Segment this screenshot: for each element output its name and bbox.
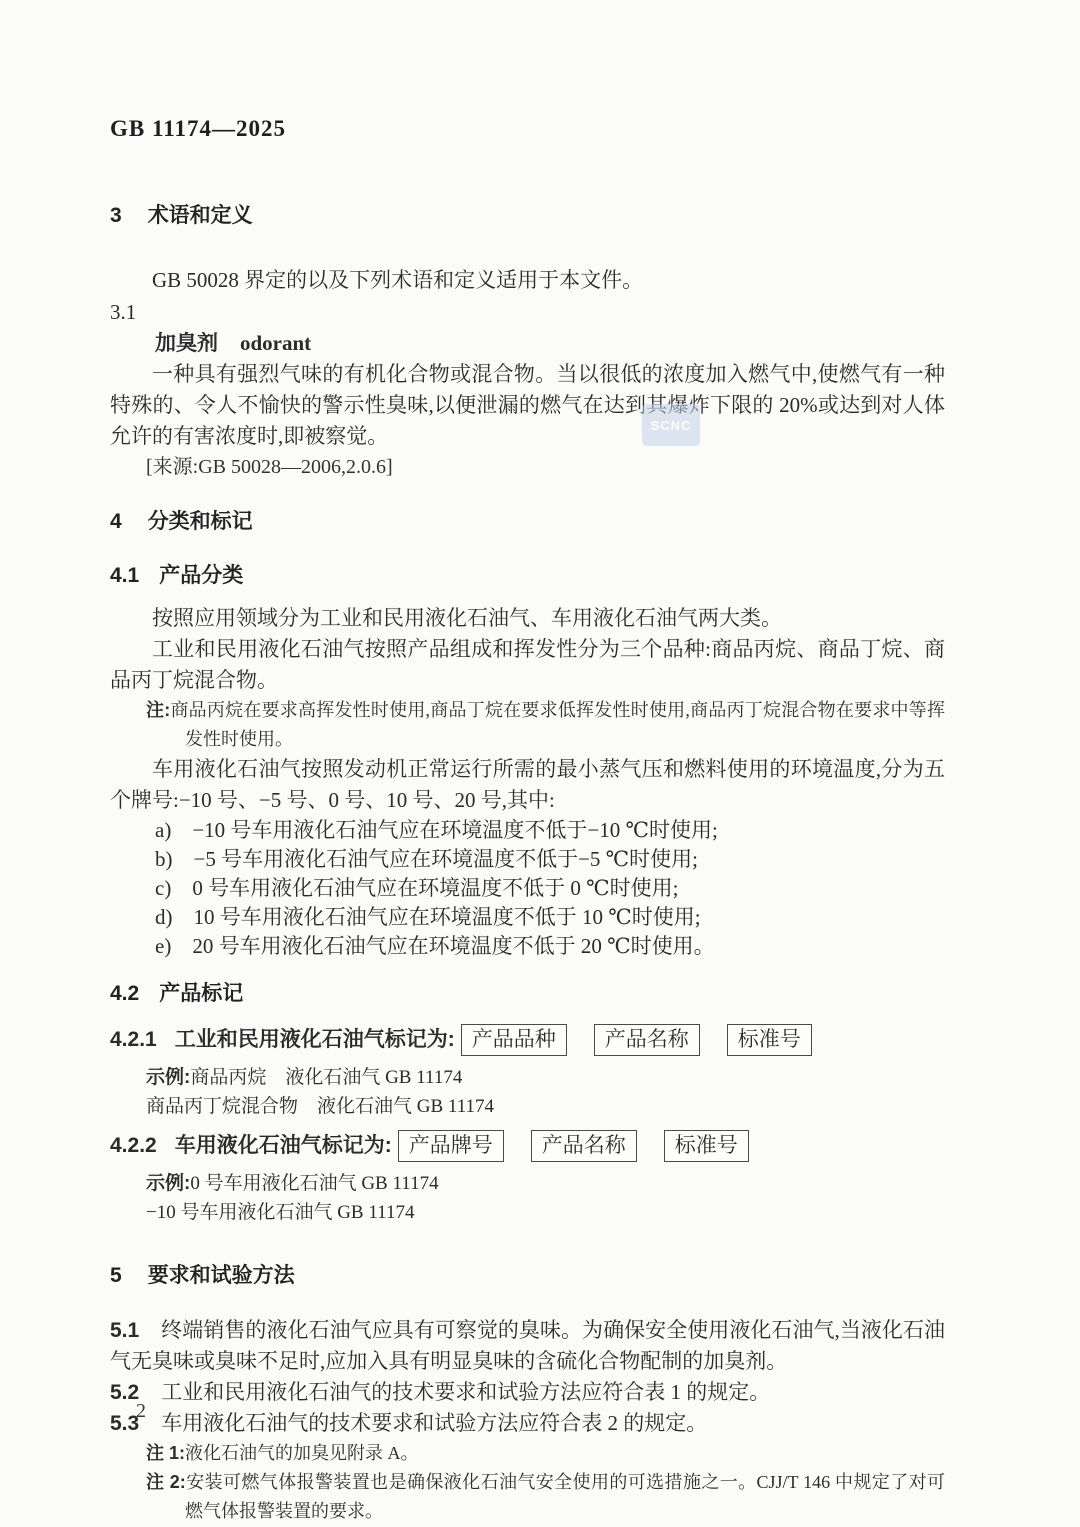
list-item-text: −10 号车用液化石油气应在环境温度不低于−10 ℃时使用; bbox=[192, 818, 718, 842]
example-text: 商品丙烷 液化石油气 GB 11174 bbox=[190, 1067, 462, 1088]
section-5-2-text: 工业和民用液化石油气的技术要求和试验方法应符合表 1 的规定。 bbox=[161, 1380, 770, 1404]
section-5-3-number: 5.3 bbox=[110, 1412, 139, 1435]
section-4-2-1-line: 4.2.1 工业和民用液化石油气标记为: 产品品种 产品名称 标准号 bbox=[110, 1023, 945, 1057]
marking-box-product-grade: 产品牌号 bbox=[398, 1130, 504, 1162]
example-line: 示例:商品丙烷 液化石油气 GB 11174 bbox=[110, 1063, 945, 1092]
section-4-1-para-1: 按照应用领域分为工业和民用液化石油气、车用液化石油气两大类。 bbox=[110, 603, 945, 634]
section-4-1-para-2: 工业和民用液化石油气按照产品组成和挥发性分为三个品种:商品丙烷、商品丁烷、商品丙… bbox=[110, 634, 945, 696]
list-item-text: 20 号车用液化石油气应在环境温度不低于 20 ℃时使用。 bbox=[192, 934, 714, 958]
document-page: GB 11174—2025 3术语和定义 GB 50028 界定的以及下列术语和… bbox=[0, 0, 1080, 1527]
section-4-1-para-3: 车用液化石油气按照发动机正常运行所需的最小蒸气压和燃料使用的环境温度,分为五个牌… bbox=[110, 754, 945, 816]
section-3-title: 术语和定义 bbox=[148, 204, 253, 227]
marking-box-standard-number: 标准号 bbox=[727, 1024, 812, 1056]
list-item: e)20 号车用液化石油气应在环境温度不低于 20 ℃时使用。 bbox=[110, 932, 945, 961]
list-item-label: d) bbox=[155, 905, 173, 929]
section-4-2-1-text: 工业和民用液化石油气标记为: bbox=[175, 1023, 455, 1057]
section-3-intro: GB 50028 界定的以及下列术语和定义适用于本文件。 bbox=[110, 265, 945, 296]
list-item: b)−5 号车用液化石油气应在环境温度不低于−5 ℃时使用; bbox=[110, 845, 945, 874]
section-5-heading: 5要求和试验方法 bbox=[110, 1259, 945, 1289]
marking-box-product-name: 产品名称 bbox=[531, 1130, 637, 1162]
watermark-badge: SCNC bbox=[642, 404, 700, 446]
list-item-label: e) bbox=[155, 934, 171, 958]
section-4-1-title: 产品分类 bbox=[159, 564, 243, 587]
note-text: 商品丙烷在要求高挥发性时使用,商品丁烷在要求低挥发性时使用,商品丙丁烷混合物在要… bbox=[170, 700, 945, 749]
section-4-1-number: 4.1 bbox=[110, 564, 139, 587]
section-4-2-2-text: 车用液化石油气标记为: bbox=[175, 1129, 392, 1163]
term-number: 3.1 bbox=[110, 297, 945, 328]
section-5-2-number: 5.2 bbox=[110, 1381, 139, 1404]
section-4-number: 4 bbox=[110, 510, 122, 533]
list-item-text: 0 号车用液化石油气应在环境温度不低于 0 ℃时使用; bbox=[192, 876, 678, 900]
term-zh: 加臭剂 bbox=[155, 332, 218, 355]
section-4-1-note: 注:商品丙烷在要求高挥发性时使用,商品丁烷在要求低挥发性时使用,商品丙丁烷混合物… bbox=[110, 696, 945, 754]
section-5-2-para: 5.2工业和民用液化石油气的技术要求和试验方法应符合表 1 的规定。 bbox=[110, 1377, 945, 1408]
note-text: 安装可燃气体报警装置也是确保液化石油气安全使用的可选措施之一。CJJ/T 146… bbox=[185, 1472, 945, 1521]
section-5-number: 5 bbox=[110, 1264, 122, 1287]
term-definition: 一种具有强烈气味的有机化合物或混合物。当以很低的浓度加入燃气中,使燃气有一种特殊… bbox=[110, 359, 945, 452]
section-4-title: 分类和标记 bbox=[148, 510, 253, 533]
marking-box-product-variety: 产品品种 bbox=[461, 1024, 567, 1056]
example-line: −10 号车用液化石油气 GB 11174 bbox=[110, 1198, 945, 1227]
section-4-1-heading: 4.1产品分类 bbox=[110, 559, 945, 589]
example-line: 示例:0 号车用液化石油气 GB 11174 bbox=[110, 1169, 945, 1198]
section-4-2-heading: 4.2产品标记 bbox=[110, 977, 945, 1007]
example-text: 0 号车用液化石油气 GB 11174 bbox=[190, 1173, 438, 1194]
list-item-label: b) bbox=[155, 847, 173, 871]
section-4-heading: 4分类和标记 bbox=[110, 505, 945, 535]
section-5-3-text: 车用液化石油气的技术要求和试验方法应符合表 2 的规定。 bbox=[161, 1411, 707, 1435]
marking-box-standard-number: 标准号 bbox=[664, 1130, 749, 1162]
section-4-2-2-line: 4.2.2 车用液化石油气标记为: 产品牌号 产品名称 标准号 bbox=[110, 1129, 945, 1163]
list-item: a)−10 号车用液化石油气应在环境温度不低于−10 ℃时使用; bbox=[110, 816, 945, 845]
note-label: 注 1: bbox=[146, 1443, 185, 1463]
section-4-2-number: 4.2 bbox=[110, 982, 139, 1005]
section-5-note-1: 注 1:液化石油气的加臭见附录 A。 bbox=[110, 1439, 945, 1468]
list-item-label: a) bbox=[155, 818, 171, 842]
section-5-3-para: 5.3车用液化石油气的技术要求和试验方法应符合表 2 的规定。 bbox=[110, 1408, 945, 1439]
section-3-number: 3 bbox=[110, 204, 122, 227]
doc-code: GB 11174—2025 bbox=[110, 116, 945, 142]
list-item: d)10 号车用液化石油气应在环境温度不低于 10 ℃时使用; bbox=[110, 903, 945, 932]
section-5-title: 要求和试验方法 bbox=[148, 1264, 295, 1287]
term-line: 加臭剂odorant bbox=[110, 328, 945, 359]
example-label: 示例: bbox=[146, 1173, 190, 1194]
grade-list: a)−10 号车用液化石油气应在环境温度不低于−10 ℃时使用; b)−5 号车… bbox=[110, 816, 945, 961]
example-line: 商品丙丁烷混合物 液化石油气 GB 11174 bbox=[110, 1092, 945, 1121]
list-item: c)0 号车用液化石油气应在环境温度不低于 0 ℃时使用; bbox=[110, 874, 945, 903]
list-item-label: c) bbox=[155, 876, 171, 900]
note-label: 注 2: bbox=[146, 1472, 186, 1492]
page-number: 2 bbox=[136, 1400, 146, 1423]
note-text: 液化石油气的加臭见附录 A。 bbox=[185, 1443, 419, 1463]
section-4-2-1-number: 4.2.1 bbox=[110, 1023, 157, 1057]
section-3-heading: 3术语和定义 bbox=[110, 199, 945, 229]
example-label: 示例: bbox=[146, 1067, 190, 1088]
marking-box-product-name: 产品名称 bbox=[594, 1024, 700, 1056]
section-5-1-number: 5.1 bbox=[110, 1319, 139, 1342]
list-item-text: 10 号车用液化石油气应在环境温度不低于 10 ℃时使用; bbox=[194, 905, 701, 929]
section-5-1-text: 终端销售的液化石油气应具有可察觉的臭味。为确保安全使用液化石油气,当液化石油气无… bbox=[110, 1318, 945, 1373]
list-item-text: −5 号车用液化石油气应在环境温度不低于−5 ℃时使用; bbox=[194, 847, 699, 871]
section-5-1-para: 5.1终端销售的液化石油气应具有可察觉的臭味。为确保安全使用液化石油气,当液化石… bbox=[110, 1315, 945, 1377]
section-4-2-2-number: 4.2.2 bbox=[110, 1129, 157, 1163]
section-4-2-title: 产品标记 bbox=[159, 982, 243, 1005]
term-source: [来源:GB 50028—2006,2.0.6] bbox=[110, 452, 945, 483]
term-en: odorant bbox=[240, 331, 311, 355]
note-label: 注: bbox=[146, 700, 170, 720]
section-5-note-2: 注 2:安装可燃气体报警装置也是确保液化石油气安全使用的可选措施之一。CJJ/T… bbox=[110, 1468, 945, 1526]
